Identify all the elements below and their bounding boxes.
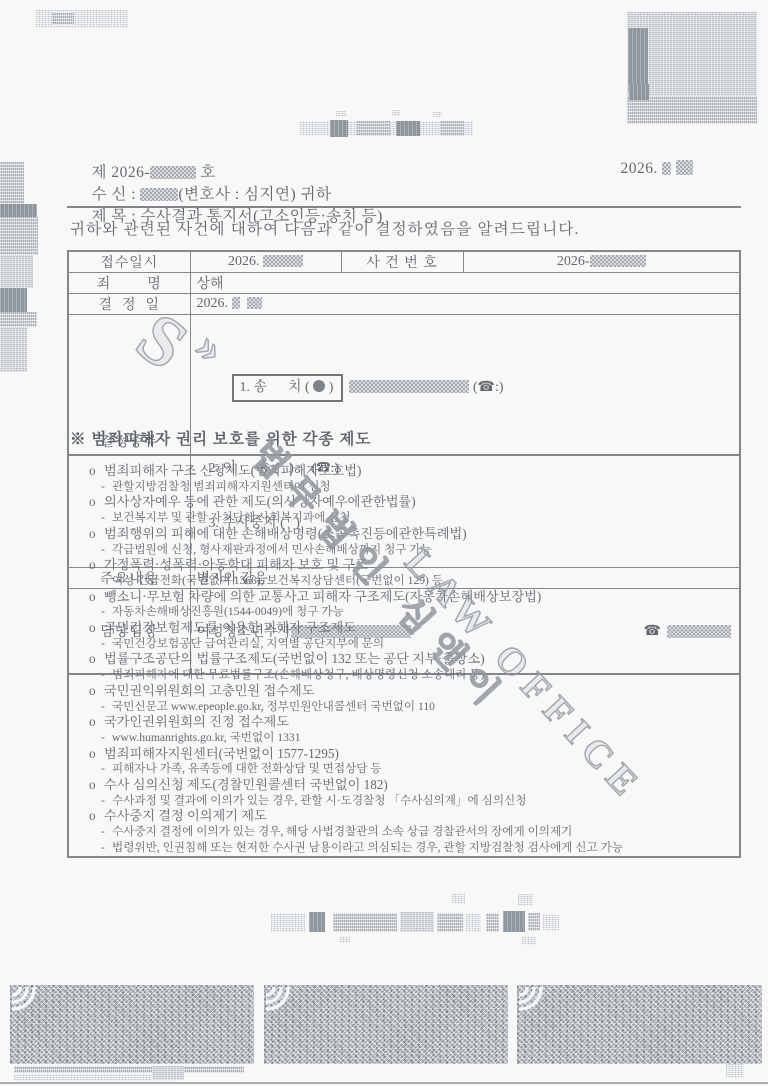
table-row-decision-date: 결 정 일 2026.	[68, 294, 740, 315]
decision-option-1-phone: (☎:)	[473, 380, 504, 395]
top-center-barcode-block3	[396, 121, 420, 136]
bottom-barcode-dot-below1	[340, 936, 350, 943]
decision-option-1: 1. 송 치 ( ) (☎:)	[197, 349, 734, 425]
left-edge-band-seg4	[0, 255, 33, 288]
bottom-stamp-block-1	[10, 985, 254, 1064]
bottom-barcode-seg7	[486, 913, 499, 932]
bottom-barcode-seg4	[400, 912, 434, 932]
decision-date-label: 결 정 일	[68, 294, 190, 315]
program-detail: -www.humanrights.go.kr, 국번없이 1331	[89, 730, 731, 746]
program-detail: -피해자나 가족, 유족등에 대한 전화상담 및 면접상담 등	[89, 761, 731, 777]
bottom-barcode-dot-above1	[452, 893, 465, 904]
program-title: o범죄피해자지원센터(국번없이 1577-1295)	[89, 746, 731, 762]
bottom-barcode-seg3	[333, 913, 397, 932]
program-title: o가정폭력·성폭력·아동학대 피해자 보호 및 구조	[89, 557, 731, 573]
victim-programs-box: o범죄피해자 구조 신청제도(범죄피해자보호법) -관할지방검찰청 범죄피해자지…	[67, 454, 741, 858]
bottom-barcode-seg2	[309, 912, 325, 932]
decision-option-1-box: 1. 송 치 ( )	[232, 374, 344, 402]
program-title: o국가인권위원회의 진정 접수제도	[89, 714, 731, 730]
top-right-stamp-bottom-strip	[627, 96, 757, 124]
program-title: o의사상자예우 등에 관한 제도(의사상자예우에관한법률)	[89, 494, 731, 510]
case-number-redaction	[590, 255, 646, 267]
under-stamp1-strip1	[14, 1066, 244, 1073]
top-right-stamp-left-strip	[628, 28, 648, 92]
program-title: o뺑소니·무보험 차량에 의한 교통사고 피해자 구조제도(자동차손해배상보장법…	[89, 589, 731, 605]
left-edge-band-seg5	[0, 288, 27, 312]
page-bottom-edge-line	[0, 1082, 768, 1084]
receipt-value: 2026.	[190, 251, 341, 273]
program-detail: -보건복지부 및 관할 자치단체 사회복지과에 신청	[89, 510, 731, 526]
selected-mark-icon	[313, 380, 325, 392]
decision-date-redaction2	[247, 297, 262, 309]
bottom-barcode-dot-below2	[522, 936, 536, 945]
case-number-label: 사 건 번 호	[341, 251, 463, 273]
bottom-barcode-seg8	[503, 911, 525, 932]
offense-value: 상해	[190, 273, 740, 294]
program-title: o범죄행위의 피해에 대한 손해배상명령(소송촉진등에관한특례법)	[89, 526, 731, 542]
bottom-barcode-seg5	[437, 913, 463, 932]
copy-guard-arc-icon	[12, 987, 48, 1023]
intro-sentence: 귀하와 관련된 사건에 대하여 다음과 같이 결정하였음을 알려드립니다.	[70, 217, 580, 239]
program-detail: -국민신문고 www.epeople.go.kr, 정부민원안내콜센터 국번없이…	[89, 699, 731, 715]
bottom-barcode-seg9	[528, 913, 540, 931]
program-detail: -수사중지 결정에 이의가 있는 경우, 해당 사법경찰관의 소속 상급 경찰관…	[89, 824, 731, 840]
top-left-redaction-dark-patch	[52, 12, 74, 25]
top-center-barcode-block1	[330, 120, 348, 137]
bottom-stamp-block-3	[517, 985, 762, 1064]
program-title: o범죄피해자 구조 신청제도(범죄피해자보호법)	[89, 463, 731, 479]
program-title: o수사중지 결정 이의제기 제도	[89, 808, 731, 824]
program-detail: -자동차손해배상진흥원(1544-0049)에 청구 가능	[89, 604, 731, 620]
program-detail: -법령위반, 인권침해 또는 현저한 수사권 남용이라고 의심되는 경우, 관할…	[89, 840, 731, 856]
copy-guard-arc-icon	[266, 987, 302, 1023]
top-center-barcode-dot2	[392, 110, 400, 116]
top-center-barcode-block4	[440, 121, 464, 136]
under-stamp3-noise	[726, 1064, 744, 1078]
left-edge-band-seg6	[0, 312, 37, 327]
program-title: o수사 심의신청 제도(경찰민원콜센터 국번없이 182)	[89, 777, 731, 793]
left-edge-band-seg2	[0, 204, 37, 217]
left-edge-band-seg7	[0, 327, 27, 372]
bottom-stamp-block-2	[264, 985, 508, 1064]
doc-date-line: 2026.	[603, 142, 693, 196]
program-detail: -국민건강보험공단 급여관리실, 지역별 공단지부에 문의	[89, 636, 731, 652]
top-center-barcode-dot3	[433, 112, 442, 118]
top-left-redaction	[36, 10, 128, 28]
top-left-redaction-patch2	[96, 14, 110, 24]
copy-guard-arc-icon	[519, 987, 555, 1023]
program-detail: -여성 긴급전화(국번없이 1366), 보건복지상담센터(국번없이 129) …	[89, 573, 731, 589]
case-number-value: 2026-	[463, 251, 740, 273]
title-underline	[67, 206, 741, 208]
bottom-barcode-seg1	[271, 913, 305, 932]
notice-heading: ※ 범죄피해자 권리 보호를 위한 각종 제도	[70, 427, 371, 449]
receipt-date-redaction	[263, 255, 303, 267]
bottom-barcode-seg10	[543, 914, 559, 931]
left-edge-band-seg3	[0, 217, 38, 255]
program-title: o법률구조공단의 법률구조제도(국번없이 132 또는 공단 지부·출장소)	[89, 651, 731, 667]
doc-date: 2026.	[621, 160, 663, 177]
program-detail: -관할지방검찰청 범죄피해자지원센터에 신청	[89, 479, 731, 495]
scanned-document-page: 제 2026- 호 2026. 수 신 : (변호사 : 심지연) 귀하 제 목…	[0, 0, 768, 1086]
under-stamp1-strip2	[14, 1074, 174, 1081]
top-center-barcode-block2	[356, 121, 390, 136]
top-center-barcode-dot1	[336, 111, 346, 117]
program-detail: -수사과정 및 결과에 이의가 있는 경우, 관할 시·도경찰청 「수사심의계」…	[89, 793, 731, 809]
offense-label: 죄 명	[68, 273, 190, 294]
table-row-receipt: 접수일시 2026. 사 건 번 호 2026-	[68, 251, 740, 273]
decision-date-redaction1	[232, 297, 240, 309]
bottom-barcode-seg6	[466, 914, 481, 932]
receipt-label: 접수일시	[68, 251, 190, 273]
top-right-stamp-dark-square	[629, 84, 649, 100]
decision-option-1-redaction	[349, 380, 469, 393]
doc-date-redaction2	[676, 160, 693, 175]
program-detail: -각급법원에 신청, 형사재판과정에서 민사손해배상까지 청구 가능	[89, 542, 731, 558]
under-stamp1-dark-seg	[152, 1066, 184, 1080]
left-edge-band-seg1	[0, 162, 24, 204]
program-title: o국민권익위원회의 고충민원 접수제도	[89, 683, 731, 699]
table-row-offense: 죄 명 상해	[68, 273, 740, 294]
doc-date-redaction1	[662, 162, 671, 175]
program-title: o국민건강보험제도를 이용한 피해자 구조제도	[89, 620, 731, 636]
program-detail: -범죄피해자에 대한 무료법률구조(손해배상청구, 배상명령신청 소송대리 등)	[89, 667, 731, 683]
bottom-barcode-dot-above2	[518, 894, 533, 906]
decision-date-value: 2026.	[190, 294, 740, 315]
